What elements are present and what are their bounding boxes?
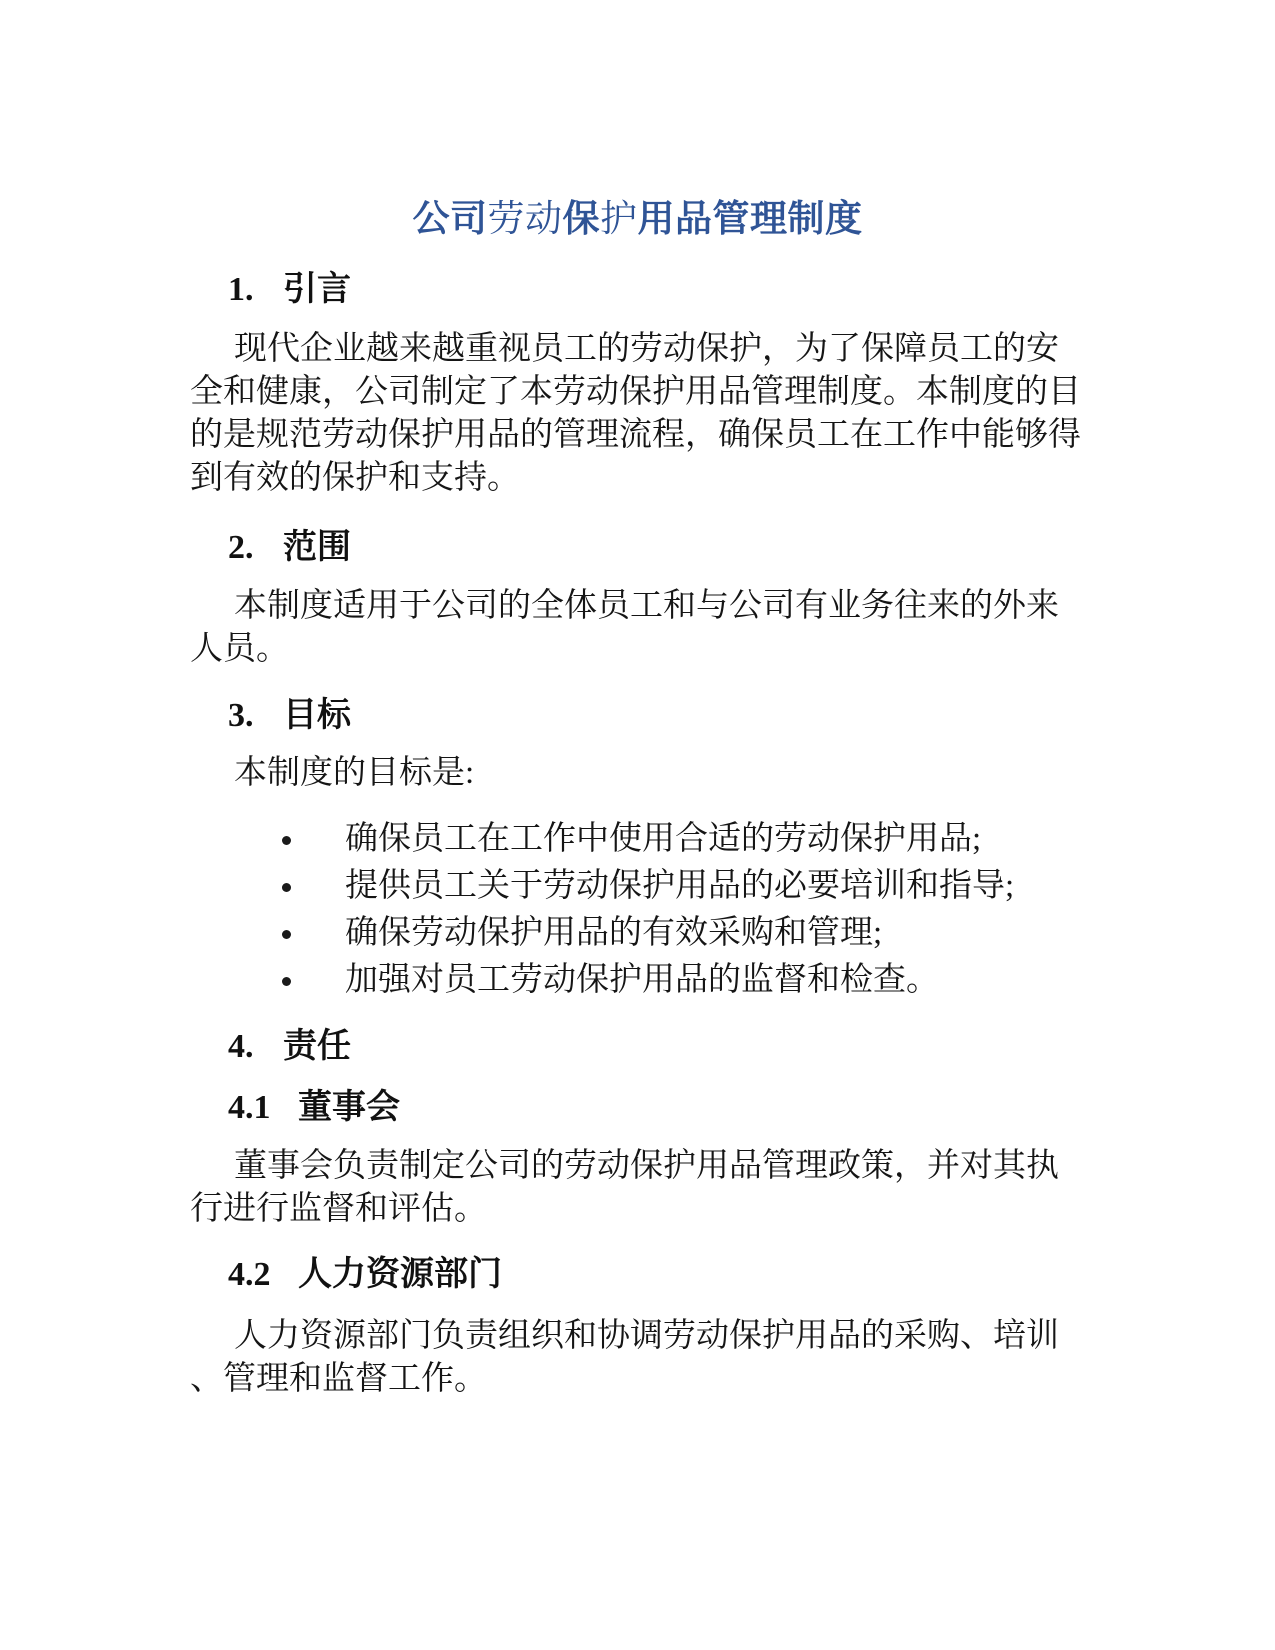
heading-text: 范围 <box>283 529 351 566</box>
title-segment: 保 <box>563 198 601 239</box>
heading-text: 责任 <box>283 1028 351 1065</box>
heading-text: 人力资源部门 <box>298 1256 502 1293</box>
subsection-heading-board: 4.1董事会 <box>190 1088 1083 1128</box>
list-item-text: 加强对员工劳动保护用品的监督和检查。 <box>345 962 939 998</box>
heading-number: 4. <box>228 1027 283 1067</box>
subsection-heading-hr: 4.2人力资源部门 <box>190 1255 1083 1295</box>
title-segment: 护 <box>600 198 638 239</box>
heading-number: 3. <box>228 696 283 736</box>
section-heading-goals: 3.目标 <box>190 696 1083 736</box>
paragraph-goals-lead: 本制度的目标是: <box>190 752 1083 795</box>
heading-number: 4.2 <box>228 1255 298 1295</box>
heading-number: 4.1 <box>228 1088 298 1128</box>
list-item-text: 提供员工关于劳动保护用品的必要培训和指导; <box>345 868 1014 904</box>
bullet-icon <box>282 836 291 845</box>
bullet-icon <box>282 883 291 892</box>
paragraph-board: 董事会负责制定公司的劳动保护用品管理政策，并对其执行进行监督和评估。 <box>190 1145 1083 1231</box>
title-segment: 用品管理制度 <box>638 198 863 239</box>
heading-number: 2. <box>228 528 283 568</box>
list-item: 提供员工关于劳动保护用品的必要培训和指导; <box>190 863 1083 910</box>
bullet-icon <box>282 930 291 939</box>
list-item-text: 确保劳动保护用品的有效采购和管理; <box>345 915 882 951</box>
list-item: 确保劳动保护用品的有效采购和管理; <box>190 910 1083 957</box>
title-segment: 劳动 <box>488 198 563 239</box>
section-heading-responsibility: 4.责任 <box>190 1027 1083 1067</box>
title-segment: 公司 <box>413 198 488 239</box>
heading-text: 董事会 <box>298 1089 400 1126</box>
paragraph-scope: 本制度适用于公司的全体员工和与公司有业务往来的外来人员。 <box>190 585 1083 671</box>
heading-text: 引言 <box>283 271 351 308</box>
paragraph-intro: 现代企业越来越重视员工的劳动保护，为了保障员工的安全和健康，公司制定了本劳动保护… <box>190 328 1083 500</box>
list-item: 加强对员工劳动保护用品的监督和检查。 <box>190 957 1083 1004</box>
heading-number: 1. <box>228 270 283 310</box>
list-item: 确保员工在工作中使用合适的劳动保护用品; <box>190 816 1083 863</box>
document-title: 公司劳动保护用品管理制度 <box>0 199 1275 239</box>
section-heading-intro: 1.引言 <box>190 270 1083 310</box>
heading-text: 目标 <box>283 697 351 734</box>
goals-bullet-list: 确保员工在工作中使用合适的劳动保护用品; 提供员工关于劳动保护用品的必要培训和指… <box>190 816 1083 1004</box>
section-heading-scope: 2.范围 <box>190 528 1083 568</box>
bullet-icon <box>282 977 291 986</box>
list-item-text: 确保员工在工作中使用合适的劳动保护用品; <box>345 821 981 857</box>
document-page: 公司劳动保护用品管理制度 1.引言 现代企业越来越重视员工的劳动保护，为了保障员… <box>0 0 1275 1650</box>
paragraph-hr: 人力资源部门负责组织和协调劳动保护用品的采购、培训、管理和监督工作。 <box>190 1315 1083 1401</box>
document-body: 1.引言 现代企业越来越重视员工的劳动保护，为了保障员工的安全和健康，公司制定了… <box>190 270 1083 1401</box>
